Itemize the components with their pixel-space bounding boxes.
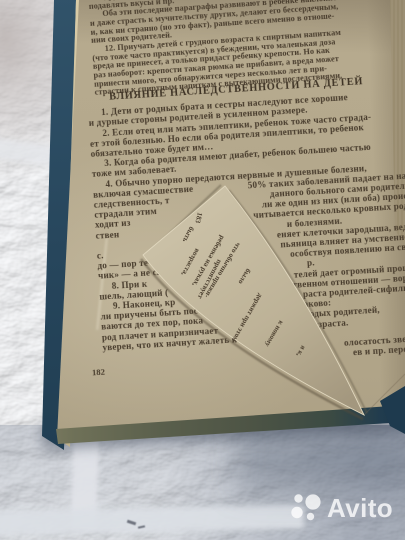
watermark-label: Avito	[327, 493, 393, 524]
crease-line-faint	[364, 374, 405, 415]
photo-of-open-book-page: других проявляться не пр- подавлять вкус…	[0, 0, 405, 540]
folded-page-corner: 183 быть возраста, ребенка на руках, что…	[0, 0, 405, 540]
avito-dots-icon	[290, 492, 324, 524]
avito-watermark: Avito	[290, 492, 393, 524]
